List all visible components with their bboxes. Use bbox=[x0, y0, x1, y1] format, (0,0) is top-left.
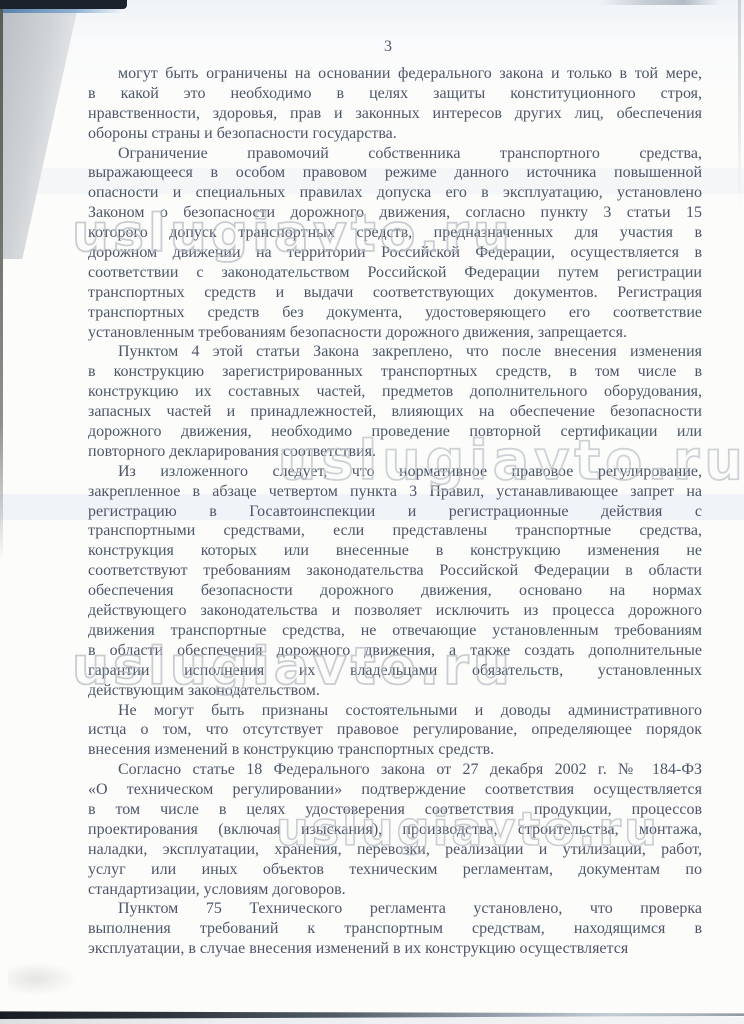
text-line: регистрацию в Госавтоинспекции и регистр… bbox=[88, 502, 702, 522]
text-line: Пунктом 75 Технического регламента устан… bbox=[88, 899, 702, 919]
scan-artifact-bottom-strip bbox=[0, 1017, 744, 1024]
watermark: uslugiavto.ru bbox=[72, 641, 514, 693]
text-line: внесения изменений в конструкцию транспо… bbox=[88, 740, 702, 760]
scan-artifact-bottom-smudge bbox=[8, 962, 78, 996]
text-line: истца о том, что отсутствует правовое ре… bbox=[88, 720, 702, 740]
text-line: Согласно статье 18 Федерального закона о… bbox=[88, 760, 702, 780]
text-line: опасности и специальных правилах допуска… bbox=[88, 183, 702, 203]
watermark: uslugiavto.ru bbox=[72, 208, 514, 260]
text-line: запасных частей и принадлежностей, влияю… bbox=[88, 402, 702, 422]
scan-artifact-bottom-line bbox=[0, 1011, 744, 1019]
text-line: соответствуют требованиям законодательст… bbox=[88, 561, 702, 581]
text-line: соответствии с законодательством Российс… bbox=[88, 263, 702, 283]
text-line: Пунктом 4 этой статьи Закона закреплено,… bbox=[88, 342, 702, 362]
text-line: действующего законодательства и позволяе… bbox=[88, 601, 702, 621]
scan-artifact-left-edge-line bbox=[0, 8, 3, 562]
watermark: uslugiavto.ru bbox=[276, 806, 660, 852]
text-line: в конструкцию зарегистрированных транспо… bbox=[88, 362, 702, 382]
text-line: могут быть ограничены на основании федер… bbox=[88, 64, 702, 84]
text-line: услуг или иных объектов техническим регл… bbox=[88, 860, 702, 880]
scan-artifact-top-dark-band bbox=[0, 0, 127, 9]
text-line: транспортных средств и выдачи соответств… bbox=[88, 283, 702, 303]
text-line: конструкцию их составных частей, предмет… bbox=[88, 382, 702, 402]
page-number: 3 bbox=[88, 38, 688, 56]
text-line: выражающееся в особом правовом режиме да… bbox=[88, 163, 702, 183]
text-line: эксплуатации, в случае внесения изменени… bbox=[88, 939, 702, 959]
watermark: uslugiavto.ru bbox=[278, 434, 744, 488]
text-line: «О техническом регулировании» подтвержде… bbox=[88, 780, 702, 800]
text-line: обеспечения безопасности дорожного движе… bbox=[88, 581, 702, 601]
scanned-document-page: 3 могут быть ограничены на основании фед… bbox=[0, 0, 744, 1024]
text-line: выполнения требований к транспортным сре… bbox=[88, 919, 702, 939]
text-line: стандартизации, условиям договоров. bbox=[88, 880, 702, 900]
text-line: обороны страны и безопасности государств… bbox=[88, 124, 702, 144]
scan-artifact-top-right-smudge bbox=[600, 0, 720, 5]
text-line: Ограничение правомочий собственника тран… bbox=[88, 144, 702, 164]
text-line: транспортными средствами, если представл… bbox=[88, 521, 702, 541]
scan-artifact-top-blue-edge bbox=[0, 8, 124, 13]
scan-artifact-right-edge bbox=[738, 0, 741, 210]
text-line: в какой это необходимо в целях защиты ко… bbox=[88, 84, 702, 104]
text-line: нравственности, здоровья, прав и законны… bbox=[88, 104, 702, 124]
text-line: конструкция которых или внесенные в конс… bbox=[88, 541, 702, 561]
text-line: установленным требованиям безопасности д… bbox=[88, 323, 702, 343]
text-line: Не могут быть признаны состоятельными и … bbox=[88, 701, 702, 721]
text-line: транспортных средств без документа, удос… bbox=[88, 303, 702, 323]
